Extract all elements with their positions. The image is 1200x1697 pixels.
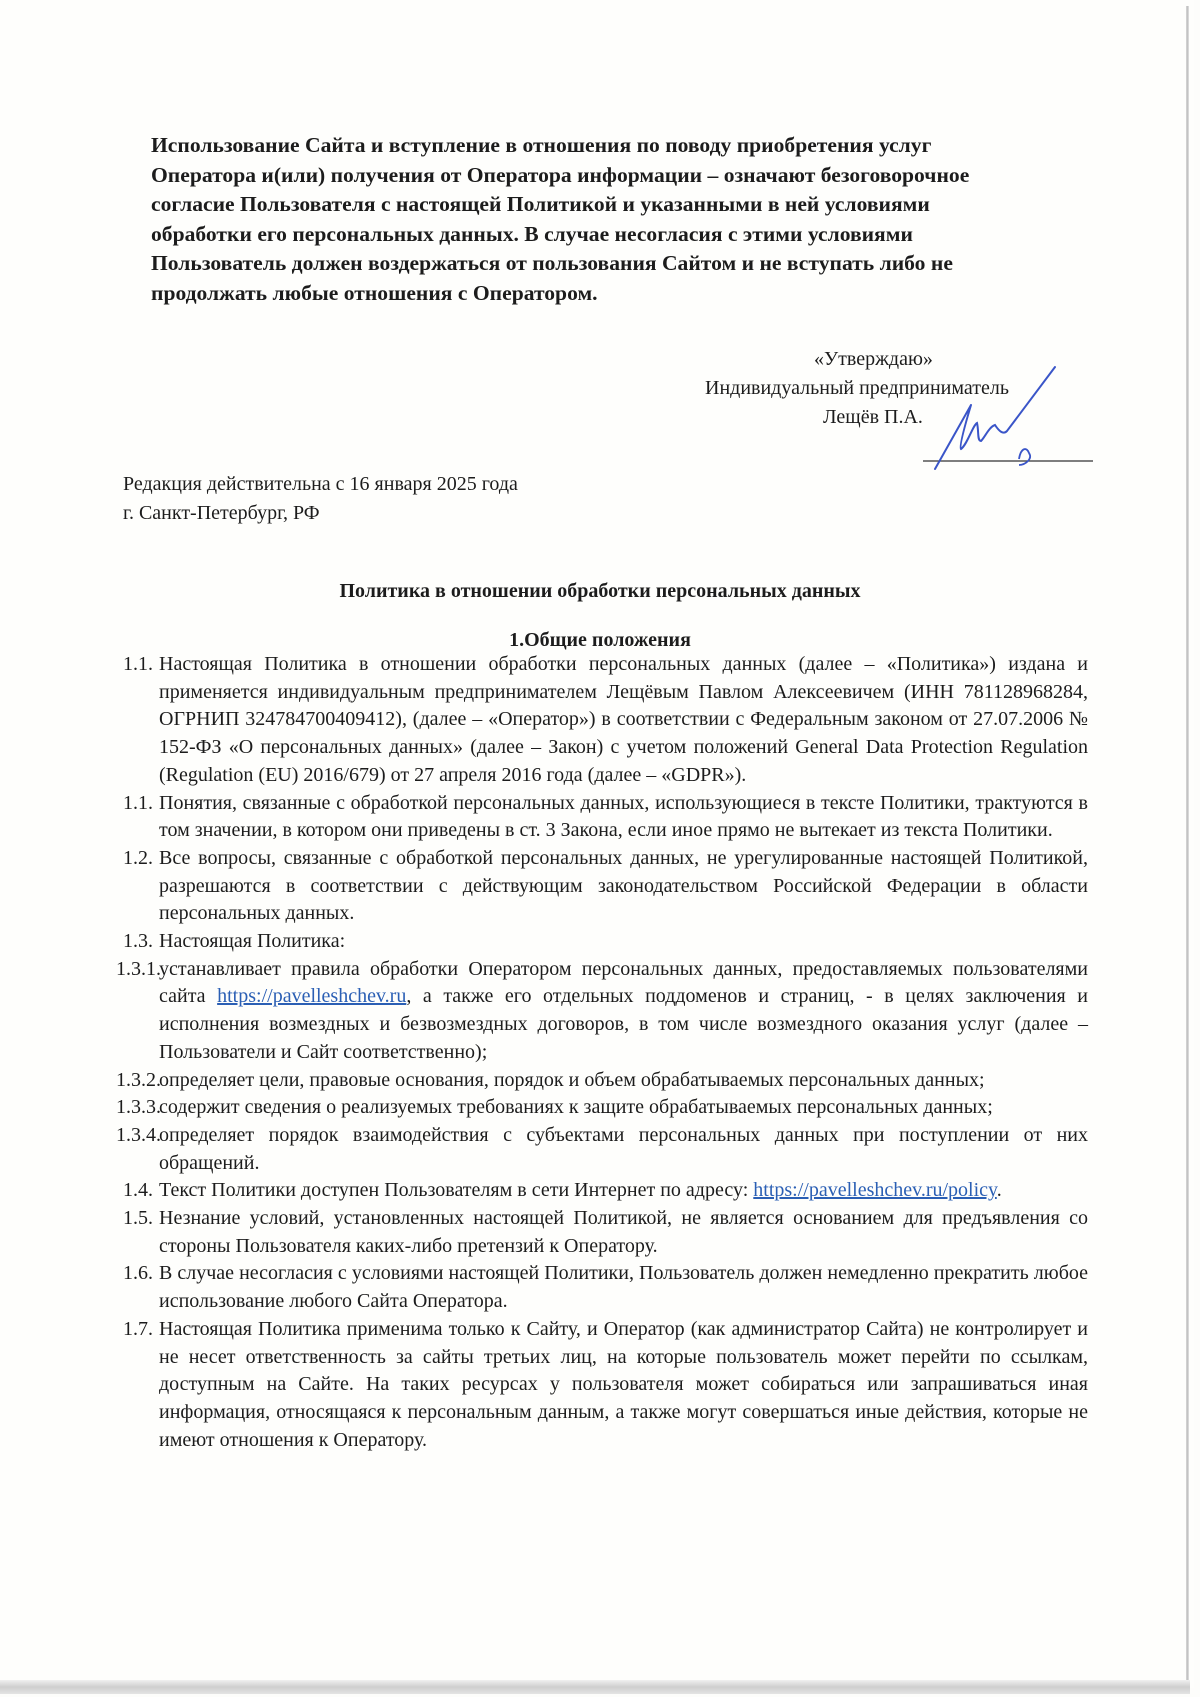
clause-text: Текст Политики доступен Пользователям в …	[159, 1177, 1088, 1205]
clause-number: 1.3.3.	[116, 1094, 161, 1122]
clause-number: 1.6.	[123, 1260, 153, 1288]
clause-text: Настоящая Политика применима только к Са…	[159, 1316, 1088, 1455]
clause-1-3-2: 1.3.2. определяет цели, правовые основан…	[123, 1067, 1088, 1095]
clause-1-3: 1.3. Настоящая Политика:	[123, 928, 1088, 956]
clause-1-2: 1.2. Все вопросы, связанные с обработкой…	[123, 845, 1088, 928]
clause-text-before: Текст Политики доступен Пользователям в …	[159, 1179, 753, 1201]
clause-number: 1.1.	[123, 651, 153, 679]
clause-text: Настоящая Политика:	[159, 928, 1088, 956]
clause-1-5: 1.5. Незнание условий, установленных нас…	[123, 1205, 1088, 1260]
clause-number: 1.3.2.	[116, 1067, 161, 1095]
clause-text: В случае несогласия с условиями настояще…	[159, 1260, 1088, 1315]
clause-text: Понятия, связанные с обработкой персонал…	[159, 790, 1088, 845]
clause-number: 1.1.	[123, 790, 153, 818]
clause-text: Незнание условий, установленных настояще…	[159, 1205, 1088, 1260]
clause-text: определяет цели, правовые основания, пор…	[159, 1067, 1088, 1095]
edition-date: Редакция действительна с 16 января 2025 …	[123, 470, 518, 499]
clause-text: определяет порядок взаимодействия с субъ…	[159, 1122, 1088, 1177]
scanned-page: Использование Сайта и вступление в отнош…	[0, 0, 1194, 1688]
clause-1-3-3: 1.3.3. содержит сведения о реализуемых т…	[123, 1094, 1088, 1122]
clause-1-1: 1.1. Настоящая Политика в отношении обра…	[123, 651, 1088, 790]
edition-block: Редакция действительна с 16 января 2025 …	[123, 470, 518, 528]
clause-text: содержит сведения о реализуемых требован…	[159, 1094, 1088, 1122]
section-title: 1.Общие положения	[0, 627, 1200, 653]
clause-text: Настоящая Политика в отношении обработки…	[159, 651, 1088, 790]
clause-number: 1.2.	[123, 845, 153, 873]
clause-text-after: .	[997, 1179, 1002, 1201]
intro-notice: Использование Сайта и вступление в отнош…	[151, 131, 1031, 308]
clause-1-3-1: 1.3.1. устанавливает правила обработки О…	[123, 956, 1088, 1067]
clause-1-3-4: 1.3.4. определяет порядок взаимодействия…	[123, 1122, 1088, 1177]
approver-name: Лещёв П.А.	[823, 403, 923, 432]
page-bottom-shadow	[0, 1680, 1190, 1694]
intro-text: Использование Сайта и вступление в отнош…	[151, 131, 1031, 308]
clause-1-1-b: 1.1. Понятия, связанные с обработкой пер…	[123, 790, 1088, 845]
clause-number: 1.3.	[123, 928, 153, 956]
document-title: Политика в отношении обработки персональ…	[0, 578, 1200, 604]
page-edge-shadow	[1186, 6, 1189, 1686]
edition-city: г. Санкт-Петербург, РФ	[123, 499, 518, 528]
clause-number: 1.7.	[123, 1316, 153, 1344]
signature-icon	[915, 365, 1095, 475]
clause-number: 1.5.	[123, 1205, 153, 1233]
policy-link[interactable]: https://pavelleshchev.ru/policy	[753, 1179, 996, 1201]
clause-number: 1.3.1.	[116, 956, 161, 984]
clause-number: 1.3.4.	[116, 1122, 161, 1150]
site-link[interactable]: https://pavelleshchev.ru	[217, 985, 406, 1007]
clause-1-4: 1.4. Текст Политики доступен Пользовател…	[123, 1177, 1088, 1205]
clause-text: Все вопросы, связанные с обработкой перс…	[159, 845, 1088, 928]
clause-text: устанавливает правила обработки Оператор…	[159, 956, 1088, 1067]
clause-1-6: 1.6. В случае несогласия с условиями нас…	[123, 1260, 1088, 1315]
clause-number: 1.4.	[123, 1177, 153, 1205]
clause-1-7: 1.7. Настоящая Политика применима только…	[123, 1316, 1088, 1455]
section-body: 1.1. Настоящая Политика в отношении обра…	[123, 651, 1088, 1454]
